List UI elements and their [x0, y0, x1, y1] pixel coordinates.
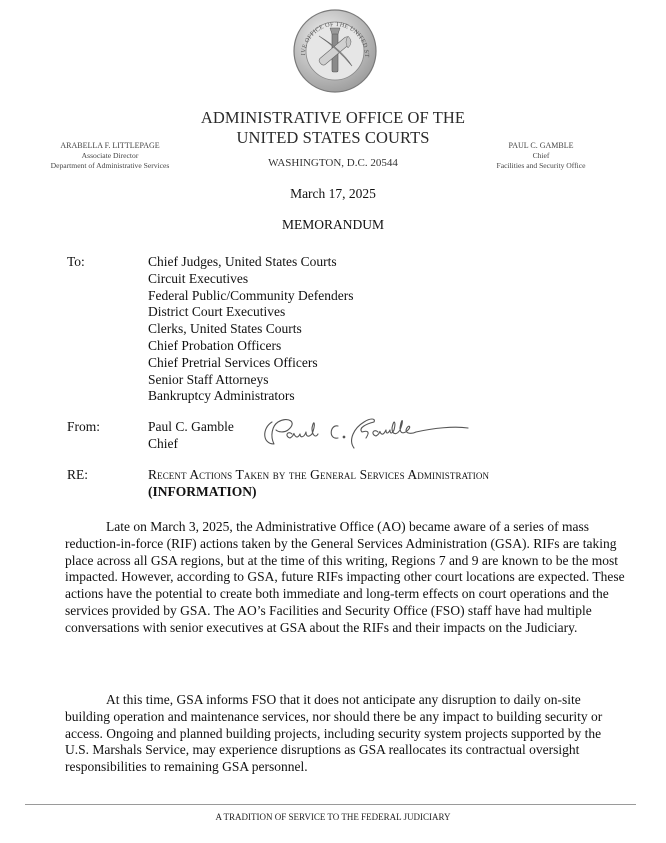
agency-address: WASHINGTON, D.C. 20544: [200, 157, 466, 169]
right-official-block: PAUL C. GAMBLE Chief Facilities and Secu…: [466, 141, 616, 171]
recipient-item: Circuit Executives: [148, 271, 353, 288]
recipient-item: Clerks, United States Courts: [148, 321, 353, 338]
recipient-item: Chief Judges, United States Courts: [148, 254, 353, 271]
handwritten-signature-icon: [258, 410, 478, 450]
from-title: Chief: [148, 436, 234, 453]
footer-motto: A TRADITION OF SERVICE TO THE FEDERAL JU…: [0, 812, 666, 822]
left-official-title: Associate Director: [18, 151, 202, 161]
re-label: RE:: [67, 467, 88, 483]
subject-block: Recent Actions Taken by the General Serv…: [148, 467, 489, 501]
memo-type-heading: MEMORANDUM: [0, 217, 666, 233]
right-official-department: Facilities and Security Office: [466, 161, 616, 171]
subject-line: Recent Actions Taken by the General Serv…: [148, 467, 489, 484]
recipient-item: Chief Pretrial Services Officers: [148, 355, 353, 372]
recipient-item: Federal Public/Community Defenders: [148, 288, 353, 305]
from-name: Paul C. Gamble: [148, 419, 234, 436]
memo-date: March 17, 2025: [0, 186, 666, 202]
court-seal-icon: ADMINISTRATIVE OFFICE OF THE UNITED STAT…: [292, 8, 378, 94]
recipient-list: Chief Judges, United States CourtsCircui…: [148, 254, 353, 405]
recipient-item: Bankruptcy Administrators: [148, 388, 353, 405]
agency-title-line-2: UNITED STATES COURTS: [150, 128, 516, 148]
body-paragraph-1: Late on March 3, 2025, the Administrativ…: [65, 519, 625, 637]
from-block: Paul C. Gamble Chief: [148, 419, 234, 453]
recipient-item: District Court Executives: [148, 304, 353, 321]
agency-title: ADMINISTRATIVE OFFICE OF THE UNITED STAT…: [150, 108, 516, 148]
to-label: To:: [67, 254, 85, 270]
body-paragraph-2: At this time, GSA informs FSO that it do…: [65, 692, 625, 776]
agency-title-line-1: ADMINISTRATIVE OFFICE OF THE: [150, 108, 516, 128]
subject-tag: (INFORMATION): [148, 484, 489, 501]
footer-divider: [25, 804, 636, 805]
recipient-item: Chief Probation Officers: [148, 338, 353, 355]
from-label: From:: [67, 419, 100, 435]
recipient-item: Senior Staff Attorneys: [148, 372, 353, 389]
right-official-title: Chief: [466, 151, 616, 161]
left-official-department: Department of Administrative Services: [18, 161, 202, 171]
right-official-name: PAUL C. GAMBLE: [466, 141, 616, 151]
